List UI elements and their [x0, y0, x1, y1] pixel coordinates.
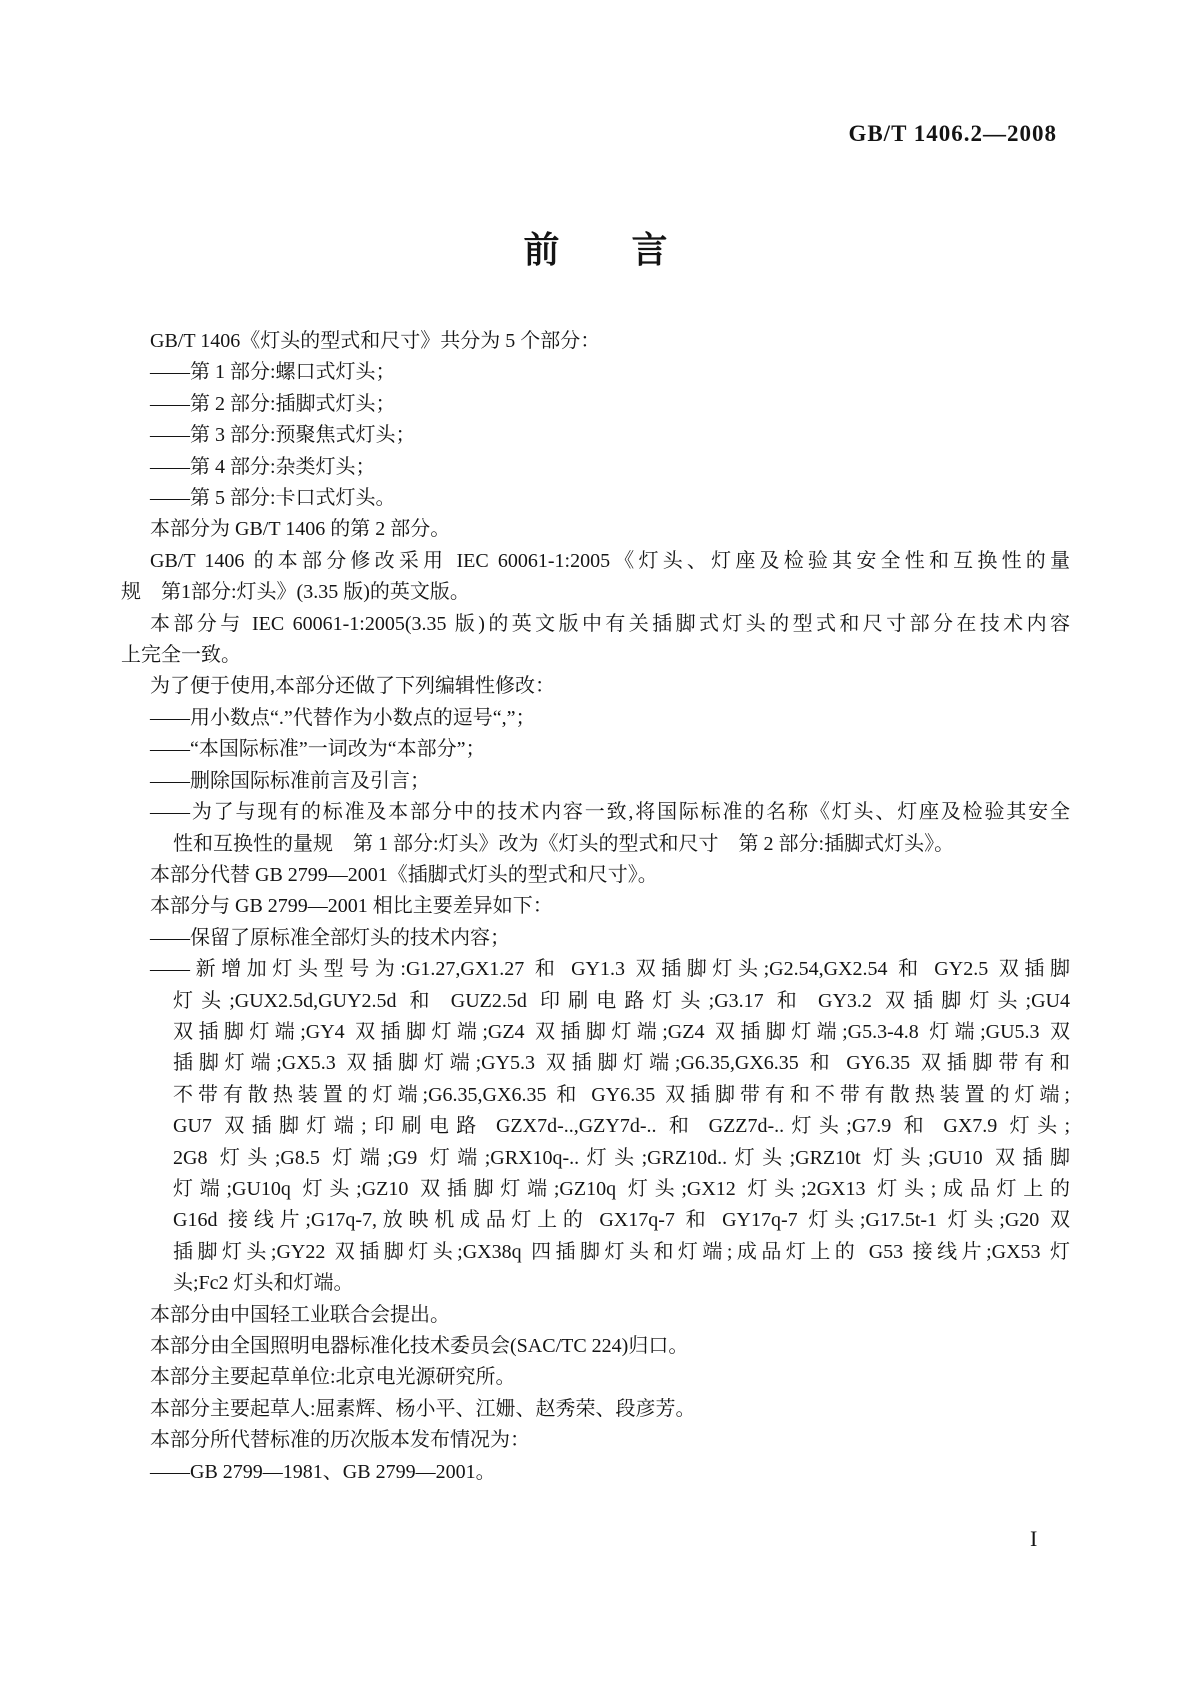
- text-line: ——保留了原标准全部灯头的技术内容；: [121, 923, 1070, 954]
- page-title: 前 言: [0, 222, 1191, 273]
- text-line: ——用小数点“.”代替作为小数点的逗号“,”；: [121, 703, 1070, 734]
- text-line: ——第 2 部分:插脚式灯头；: [121, 389, 1070, 420]
- text-line: G16d 接线片;G17q-7,放映机成品灯上的 GX17q-7 和 GY17q…: [121, 1205, 1070, 1236]
- text-line: 本部分所代替标准的历次版本发布情况为：: [121, 1425, 1070, 1456]
- text-line: GB/T 1406《灯头的型式和尺寸》共分为 5 个部分：: [121, 326, 1070, 357]
- text-line: 灯头;GUX2.5d,GUY2.5d 和 GUZ2.5d 印刷电路灯头;G3.1…: [121, 986, 1070, 1017]
- text-line: ——第 3 部分:预聚焦式灯头；: [121, 420, 1070, 451]
- text-line: 本部分主要起草单位:北京电光源研究所。: [121, 1362, 1070, 1393]
- text-line: 本部分代替 GB 2799—2001《插脚式灯头的型式和尺寸》。: [121, 860, 1070, 891]
- page-number: I: [1030, 1526, 1037, 1552]
- text-line: ——“本国际标准”一词改为“本部分”；: [121, 734, 1070, 765]
- text-line: 本部分为 GB/T 1406 的第 2 部分。: [121, 514, 1070, 545]
- text-line: 灯端;GU10q 灯头;GZ10 双插脚灯端;GZ10q 灯头;GX12 灯头;…: [121, 1174, 1070, 1205]
- text-line: 不带有散热装置的灯端;G6.35,GX6.35 和 GY6.35 双插脚带有和不…: [121, 1080, 1070, 1111]
- text-line: ——为了与现有的标准及本部分中的技术内容一致,将国际标准的名称《灯头、灯座及检验…: [121, 797, 1070, 828]
- text-line: ——GB 2799—1981、GB 2799—2001。: [121, 1457, 1070, 1488]
- text-line: 2G8 灯头;G8.5 灯端;G9 灯端;GRX10q-..灯头;GRZ10d.…: [121, 1143, 1070, 1174]
- text-line: 双插脚灯端;GY4 双插脚灯端;GZ4 双插脚灯端;GZ4 双插脚灯端;G5.3…: [121, 1017, 1070, 1048]
- text-line: 本部分由全国照明电器标准化技术委员会(SAC/TC 224)归口。: [121, 1331, 1070, 1362]
- document-page: GB/T 1406.2—2008 前 言 GB/T 1406《灯头的型式和尺寸》…: [0, 0, 1191, 1684]
- text-line: ——删除国际标准前言及引言；: [121, 766, 1070, 797]
- text-line: ——第 5 部分:卡口式灯头。: [121, 483, 1070, 514]
- text-line: 头;Fc2 灯头和灯端。: [121, 1268, 1070, 1299]
- text-line: GB/T 1406 的本部分修改采用 IEC 60061-1:2005《灯头、灯…: [121, 546, 1070, 577]
- text-line: ——第 4 部分:杂类灯头；: [121, 452, 1070, 483]
- text-line: ——第 1 部分:螺口式灯头；: [121, 357, 1070, 388]
- text-line: 本部分主要起草人:屈素辉、杨小平、江姗、赵秀荣、段彦芳。: [121, 1394, 1070, 1425]
- text-line: 规 第1部分:灯头》(3.35 版)的英文版。: [121, 577, 1070, 608]
- doc-number: GB/T 1406.2—2008: [848, 121, 1057, 147]
- text-line: ——新增加灯头型号为:G1.27,GX1.27 和 GY1.3 双插脚灯头;G2…: [121, 954, 1070, 985]
- text-line: 插脚灯端;GX5.3 双插脚灯端;GY5.3 双插脚灯端;G6.35,GX6.3…: [121, 1048, 1070, 1079]
- text-line: 为了便于使用,本部分还做了下列编辑性修改：: [121, 671, 1070, 702]
- foreword-body: GB/T 1406《灯头的型式和尺寸》共分为 5 个部分：——第 1 部分:螺口…: [121, 326, 1070, 1488]
- text-line: 插脚灯头;GY22 双插脚灯头;GX38q 四插脚灯头和灯端;成品灯上的 G53…: [121, 1237, 1070, 1268]
- text-line: 本部分与 IEC 60061-1:2005(3.35 版)的英文版中有关插脚式灯…: [121, 609, 1070, 640]
- text-line: 上完全一致。: [121, 640, 1070, 671]
- text-line: 本部分与 GB 2799—2001 相比主要差异如下：: [121, 891, 1070, 922]
- text-line: 本部分由中国轻工业联合会提出。: [121, 1300, 1070, 1331]
- text-line: GU7 双插脚灯端;印刷电路 GZX7d-..,GZY7d-.. 和 GZZ7d…: [121, 1111, 1070, 1142]
- text-line: 性和互换性的量规 第 1 部分:灯头》改为《灯头的型式和尺寸 第 2 部分:插脚…: [121, 829, 1070, 860]
